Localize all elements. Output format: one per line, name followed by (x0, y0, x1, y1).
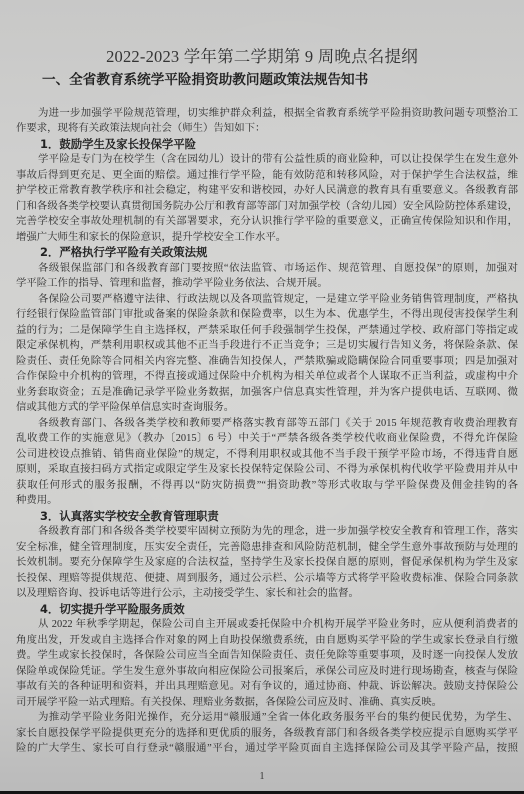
paragraph-line: 保险单或保险凭证。学生发生意外事故向相应保险公司报案后，承保公司应及时进行现场勘… (16, 664, 518, 680)
paragraph-line: 各级教育部门、各级各类学校和教师要严格落实教育部等五部门《关于 2015 年规范… (16, 416, 518, 432)
paragraph-line: 家长自愿投保学平险提供更充分的选择和更优质的服务，各级教育部门和各级各类学校应提… (16, 726, 518, 742)
paragraph-line: 作要求，现将有关政策法规向社会（师生）告知如下： (16, 121, 518, 137)
paragraph-line: 公司进校设点推销、销售商业保险”的规定，不得利用职权或其他不当手段干预学平险市场… (16, 447, 518, 463)
paragraph: 各保险公司要严格遵守法律、行政法规以及各项监管规定，一是建立学平险业务销售管理制… (16, 292, 518, 416)
paragraph-line: 护学校正常教育教学秩序和社会稳定，构建平安和谐校园，办好人民满意的教育具有重要意… (16, 183, 518, 199)
paragraph-line: 以及理赔咨询、投诉电话等进行公示，主动接受学生、家长和社会的监督。 (16, 586, 518, 602)
paragraph-line: 各级银保监部门和各级教育部门要按照“依法监管、市场运作、规范管理、自愿投保”的原… (16, 261, 518, 277)
paragraph-line: 合作保险中介机构的管理，不得直接或通过保险中介机构为相关单位或者个人谋取不正当利… (16, 369, 518, 385)
paragraph-line: 安全标准，健全管理制度，压实安全责任，完善隐患排查和风险防范机制，健全学生意外事… (16, 540, 518, 556)
paragraph-line: 各保险公司要严格遵守法律、行政法规以及各项监管规定，一是建立学平险业务销售管理制… (16, 292, 518, 308)
paragraph-line: 从 2022 年秋季学期起，保险公司自主开展或委托保险中介机构开展学平险业务时，… (16, 617, 518, 633)
paragraph-line: 行经银行保险监管部门审批或备案的保险条款和保险费率，以生为本、优惠学生，不得出现… (16, 307, 518, 323)
page-number: 1 (0, 770, 524, 784)
paragraph-intro: 为进一步加强学平险规范管理，切实维护群众利益，根据全省教育系统学平险捐资助教问题… (16, 106, 518, 137)
paragraph-line: 险责任、责任免除等合同相关内容完整、准确告知投保人，严禁欺骗或隐瞒保险合同重要事… (16, 354, 518, 370)
subheading-1: 1．鼓励学生及家长投保学平险 (16, 137, 518, 153)
paragraph-line: 费。学生或家长投保时，各保险公司应当全面告知保险责任、责任免除等重要事项，及时逐… (16, 648, 518, 664)
section-heading: 一、全省教育系统学平险捐资助教问题政策法规告知书 (42, 71, 368, 89)
document-body: 为进一步加强学平险规范管理，切实维护群众利益，根据全省教育系统学平险捐资助教问题… (16, 106, 518, 757)
paragraph: 为推动学平险业务阳光操作，充分运用“赣服通”全省一体化政务服务平台的集约便民优势… (16, 710, 518, 757)
paragraph: 各级教育部门和各级各类学校要牢固树立预防为先的理念，进一步加强学校安全教育和管理… (16, 524, 518, 602)
paragraph-line: 完善学校安全事故处理机制的有关部署要求，充分认识推行学平险的重要意义，正确宣传保… (16, 214, 518, 230)
document-title: 2022-2023 学年第二学期第 9 周晚点名提纲 (0, 47, 524, 67)
subheading-4: 4．切实提升学平险服务质效 (16, 602, 518, 618)
paragraph: 各级银保监部门和各级教育部门要按照“依法监管、市场运作、规范管理、自愿投保”的原… (16, 261, 518, 292)
paragraph-line: 事故后得到更充足、更全面的赔偿。通过推行学平险，能有效防范和转移风险，对于保护学… (16, 168, 518, 184)
paragraph-line: 角度出发，开发或自主选择合作对象的网上自助投保缴费系统，由自愿购买学平险的学生或… (16, 633, 518, 649)
paragraph-line: 事故有关的各种证明和资料，并出具理赔意见。对有争议的，通过协商、仲裁、诉讼解决。… (16, 679, 518, 695)
paragraph-line: 长投保、理赔等提供规范、便捷、周到服务，通过公示栏、公示墙等方式将学平险收费标准… (16, 571, 518, 587)
paragraph-line: 增强广大师生和家长的保险意识，提升学校安全工作水平。 (16, 230, 518, 246)
paragraph-line: 为进一步加强学平险规范管理，切实维护群众利益，根据全省教育系统学平险捐资助教问题… (16, 106, 518, 122)
paragraph-line: 限定承保机构，严禁利用职权或其他不正当手段进行不正当竞争；三是切实履行告知义务，… (16, 338, 518, 354)
paragraph-line: 司开展学平险一站式理赔。有关投保、理赔业务数据，各保险公司应及时、准确、真实反映… (16, 695, 518, 711)
paragraph-line: 原则，采取直接扫码方式指定或限定学生及家长投保特定保险公司、不得为承保机构代收学… (16, 462, 518, 478)
paragraph-line: 为推动学平险业务阳光操作，充分运用“赣服通”全省一体化政务服务平台的集约便民优势… (16, 710, 518, 726)
paragraph-line: 学平险工作的指导、管理和监督，推动学平险业务依法、合规开展。 (16, 276, 518, 292)
paragraph: 学平险是专门为在校学生（含在园幼儿）设计的带有公益性质的商业险种，可以让投保学生… (16, 152, 518, 245)
subheading-2: 2．严格执行学平险有关政策法规 (16, 245, 518, 261)
paragraph-line: 长效机制。要充分保障学生及家庭的合法权益，坚持学生及家长投保自愿的原则，督促承保… (16, 555, 518, 571)
paragraph-line: 信或其他方式的学平险保单信息实时查询服务。 (16, 400, 518, 416)
paragraph-line: 获取任何形式的服务报酬，不得再以“防灾防损费”“捐资助教”等形式收取与学平险保费… (16, 478, 518, 494)
paragraph-line: 乱收费工作的实施意见》（教办〔2015〕6 号）中关于“严禁各级各类学校代收商业… (16, 431, 518, 447)
paragraph: 从 2022 年秋季学期起，保险公司自主开展或委托保险中介机构开展学平险业务时，… (16, 617, 518, 710)
paragraph-line: 各级教育部门和各级各类学校要牢固树立预防为先的理念，进一步加强学校安全教育和管理… (16, 524, 518, 540)
paragraph-line: 业务套取资金；五是准确记录学平险业务数据，加强客户信息真实性管理，并为客户提供电… (16, 385, 518, 401)
subheading-3: 3．认真落实学校安全教育管理职责 (16, 509, 518, 525)
paragraph-line: 学平险是专门为在校学生（含在园幼儿）设计的带有公益性质的商业险种，可以让投保学生… (16, 152, 518, 168)
paragraph-line: 险的广大学生、家长可自行登录“赣服通”平台，通过学平险页面自主选择保险公司及其学… (16, 741, 518, 757)
document-page: 2022-2023 学年第二学期第 9 周晚点名提纲 一、全省教育系统学平险捐资… (0, 0, 524, 794)
paragraph-line: 种费用。 (16, 493, 518, 509)
paragraph: 各级教育部门、各级各类学校和教师要严格落实教育部等五部门《关于 2015 年规范… (16, 416, 518, 509)
paragraph-line: 门和各级各类学校要认真贯彻国务院办公厅和教育部等部门对加强学校（含幼儿园）安全风… (16, 199, 518, 215)
paragraph-line: 益的行为；二是保障学生自主选择权，严禁采取任何手段强制学生投保，严禁通过学校、政… (16, 323, 518, 339)
